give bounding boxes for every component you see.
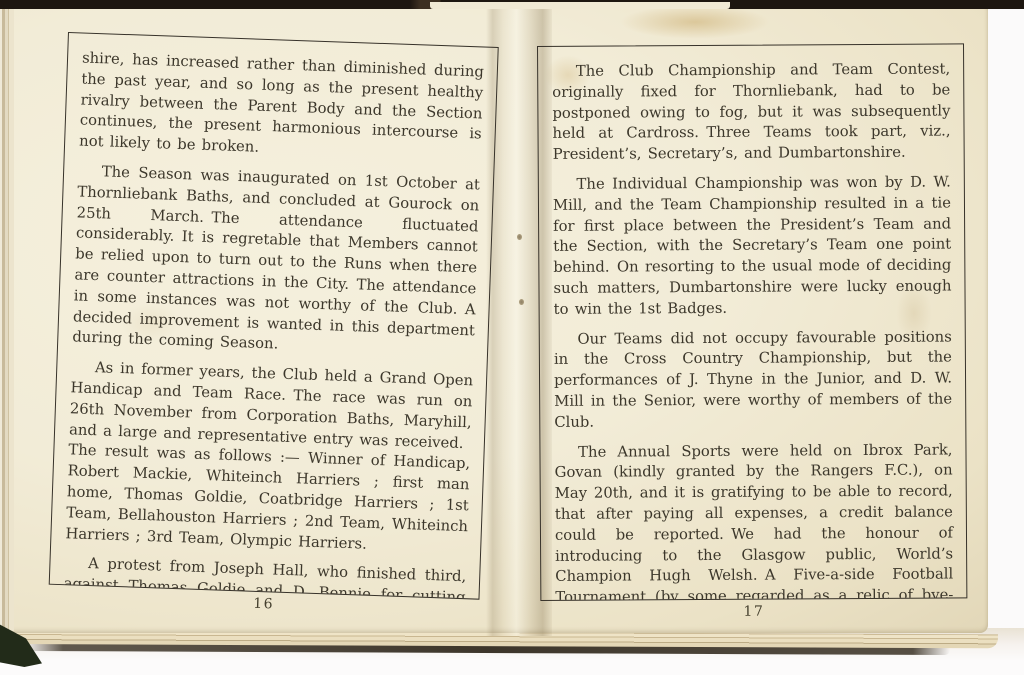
page-edges-left (0, 3, 14, 631)
right-page: The Club Championship and Team Contest, … (537, 43, 968, 621)
paragraph: shire, has increased rather than diminis… (79, 49, 484, 167)
right-page-text-frame: The Club Championship and Team Contest, … (537, 43, 967, 601)
left-page: shire, has increased rather than diminis… (48, 32, 499, 620)
book-spread-paper: shire, has increased rather than diminis… (0, 3, 988, 633)
age-stain (620, 5, 770, 39)
stitch-hole (517, 234, 522, 240)
paragraph: The Club Championship and Team Contest, … (552, 59, 951, 165)
page-number: 17 (540, 602, 967, 621)
book-scan: shire, has increased rather than diminis… (0, 0, 1024, 675)
paragraph: Our Teams did not occupy favourable posi… (554, 327, 953, 433)
stitch-hole (519, 299, 524, 305)
paragraph: As in former years, the Club held a Gran… (65, 357, 473, 558)
gutter-top-notch (430, 2, 730, 9)
paragraph: The Annual Sports were held on Ibrox Par… (554, 440, 953, 601)
paragraph: The Individual Championship was won by D… (553, 172, 952, 320)
paragraph: The Season was inaugurated on 1st Octobe… (72, 161, 480, 362)
left-page-text-frame: shire, has increased rather than diminis… (49, 32, 499, 600)
page-edges-right (980, 1, 1009, 643)
